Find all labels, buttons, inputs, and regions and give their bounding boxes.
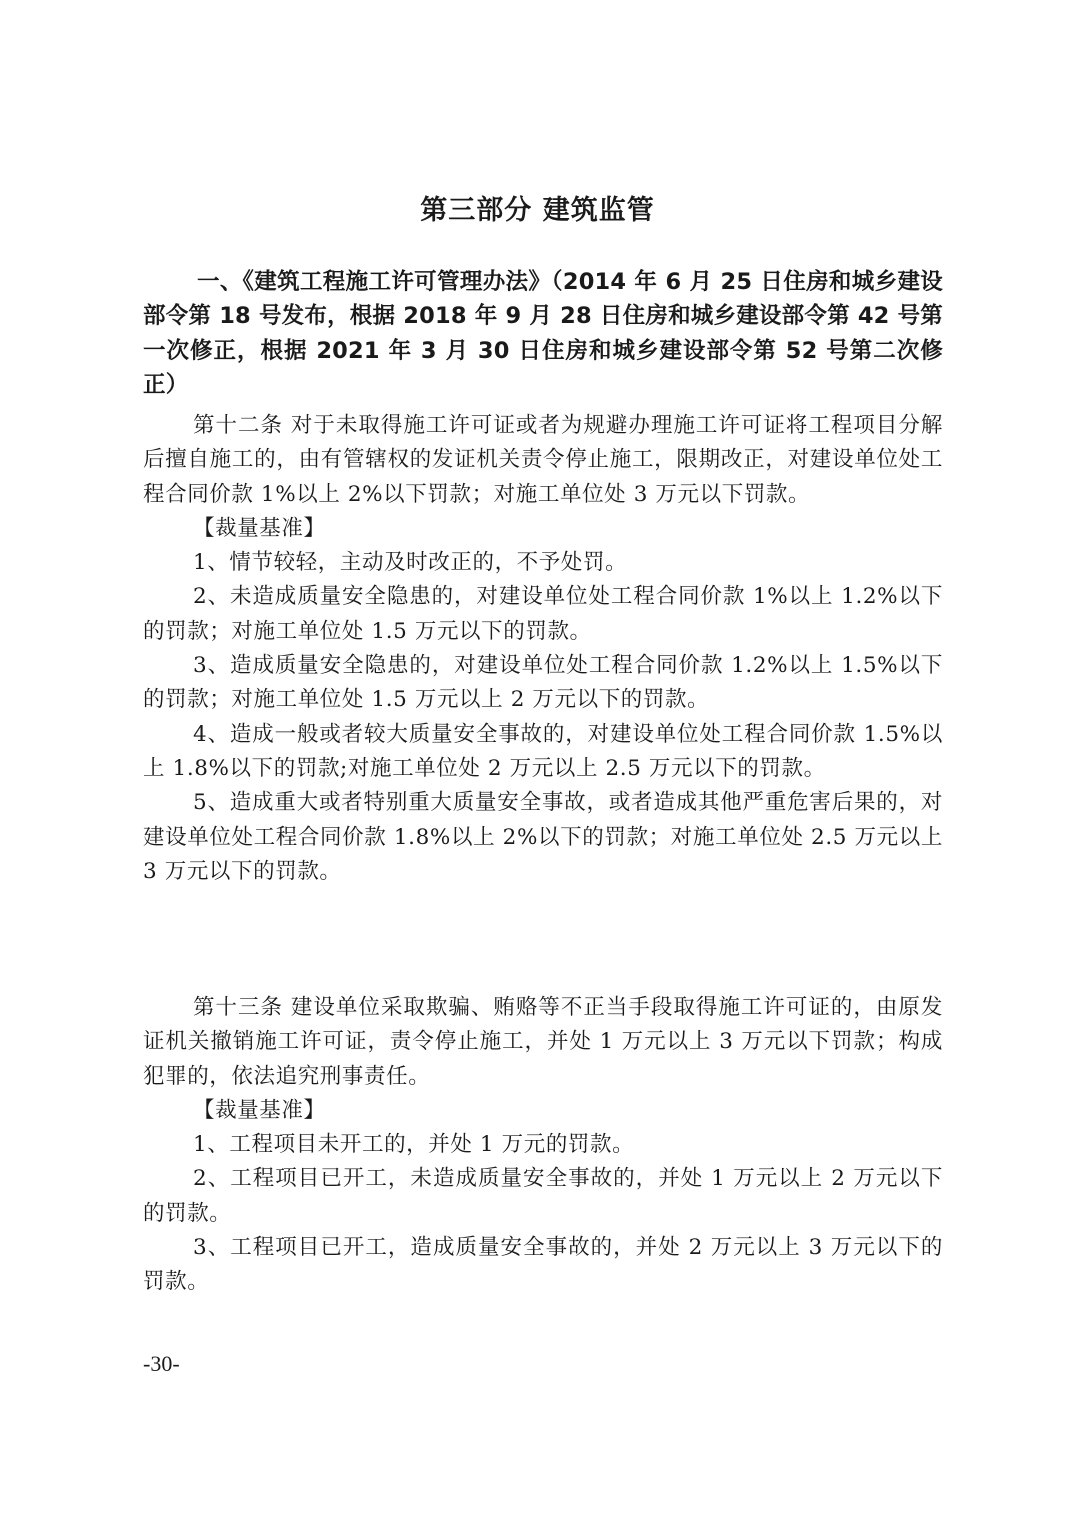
article-13: 第十三条 建设单位采取欺骗、贿赂等不正当手段取得施工许可证的，由原发证机关撤销施… — [143, 991, 943, 1300]
article-12-text: 第十二条 对于未取得施工许可证或者为规避办理施工许可证将工程项目分解后擅自施工的… — [143, 409, 943, 512]
article-13-standard-1: 1、工程项目未开工的，并处 1 万元的罚款。 — [143, 1128, 943, 1162]
article-13-standard-label: 【裁量基准】 — [143, 1094, 943, 1128]
document-page: 第三部分 建筑监管 一、《建筑工程施工许可管理办法》（2014 年 6 月 25… — [0, 0, 1075, 1520]
page-title: 第三部分 建筑监管 — [0, 193, 1075, 229]
article-12-standard-4: 4、造成一般或者较大质量安全事故的，对建设单位处工程合同价款 1.5%以上 1.… — [143, 718, 943, 787]
article-13-standard-2: 2、工程项目已开工，未造成质量安全事故的，并处 1 万元以上 2 万元以下的罚款… — [143, 1162, 943, 1231]
page-number: -30- — [143, 1349, 180, 1379]
article-12-standard-5: 5、造成重大或者特别重大质量安全事故，或者造成其他严重危害后果的，对建设单位处工… — [143, 786, 943, 889]
article-12-standard-3: 3、造成质量安全隐患的，对建设单位处工程合同价款 1.2%以上 1.5%以下的罚… — [143, 649, 943, 718]
article-12-standard-1: 1、情节较轻，主动及时改正的，不予处罚。 — [143, 546, 943, 580]
article-12: 第十二条 对于未取得施工许可证或者为规避办理施工许可证将工程项目分解后擅自施工的… — [143, 409, 943, 889]
article-12-standard-label: 【裁量基准】 — [143, 512, 943, 546]
article-12-standard-2: 2、未造成质量安全隐患的，对建设单位处工程合同价款 1%以上 1.2%以下的罚款… — [143, 580, 943, 649]
article-13-text: 第十三条 建设单位采取欺骗、贿赂等不正当手段取得施工许可证的，由原发证机关撤销施… — [143, 991, 943, 1094]
section-heading: 一、《建筑工程施工许可管理办法》（2014 年 6 月 25 日住房和城乡建设部… — [143, 265, 943, 402]
article-13-standard-3: 3、工程项目已开工，造成质量安全事故的，并处 2 万元以上 3 万元以下的罚款。 — [143, 1231, 943, 1300]
